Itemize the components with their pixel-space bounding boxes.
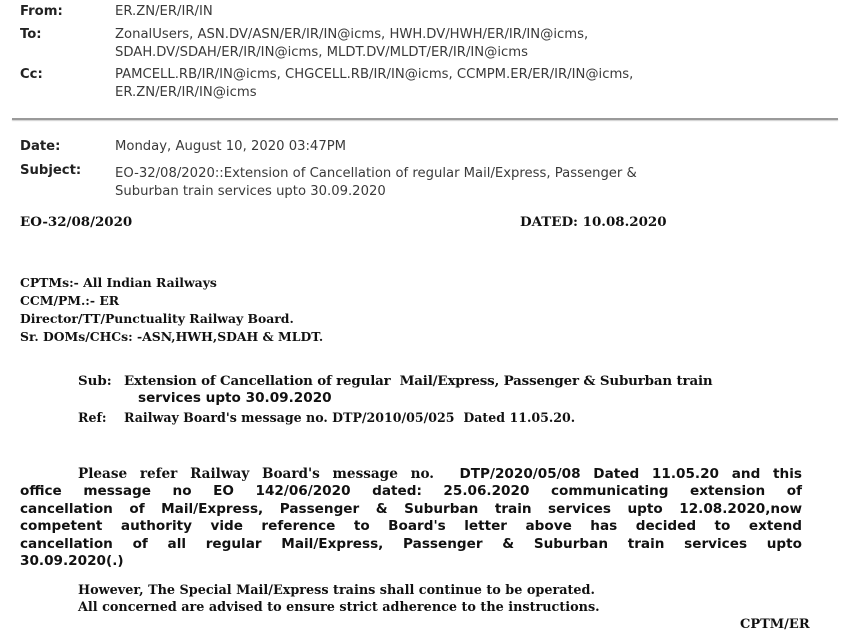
from-value[interactable]: ER.ZN/ER/IR/IN [115, 3, 213, 20]
sub-label: Sub: [78, 373, 112, 389]
addressee-item: Sr. DOMs/CHCs: -ASN,HWH,SDAH & MLDT. [20, 328, 323, 346]
adherence-note: All concerned are advised to ensure stri… [78, 600, 600, 615]
ref-label: Ref: [78, 410, 107, 425]
ref-value: Railway Board's message no. DTP/2010/05/… [124, 410, 575, 425]
subject-label: Subject: [20, 162, 81, 179]
body-line-3: cancellation of Mail/Express, Passenger … [20, 501, 802, 518]
addressee-item: Director/TT/Punctuality Railway Board. [20, 310, 294, 328]
header-divider [12, 118, 838, 120]
to-value-line-1[interactable]: ZonalUsers, ASN.DV/ASN/ER/IR/IN@icms, HW… [115, 26, 588, 43]
signature: CPTM/ER [740, 617, 810, 632]
body-line-2: office message no EO 142/06/2020 dated: … [20, 483, 802, 500]
order-number: EO-32/08/2020 [20, 214, 132, 230]
body-line-6: 30.09.2020(.) [20, 553, 802, 570]
date-value: Monday, August 10, 2020 03:47PM [115, 138, 346, 155]
sub-line-2: services upto 30.09.2020 [138, 390, 332, 406]
subject-line-2: Suburban train services upto 30.09.2020 [115, 183, 386, 200]
body-line-1: Please refer Railway Board's message no.… [20, 466, 802, 483]
sub-line-1: Extension of Cancellation of regular Mai… [124, 373, 713, 389]
from-label: From: [20, 3, 63, 20]
body-line-5: cancellation of all regular Mail/Express… [20, 536, 802, 553]
special-trains-note: However, The Special Mail/Express trains… [78, 583, 595, 598]
addressee-item: CCM/PM.:- ER [20, 292, 119, 310]
cc-value-line-1[interactable]: PAMCELL.RB/IR/IN@icms, CHGCELL.RB/IR/IN@… [115, 66, 633, 83]
body-line-4: competent authority vide reference to Bo… [20, 518, 802, 535]
cc-value-line-2[interactable]: ER.ZN/ER/IR/IN@icms [115, 84, 257, 101]
to-value-line-2[interactable]: SDAH.DV/SDAH/ER/IR/IN@icms, MLDT.DV/MLDT… [115, 44, 528, 61]
body-paragraph: Please refer Railway Board's message no.… [20, 466, 802, 570]
cc-label: Cc: [20, 66, 43, 83]
subject-line-1: EO-32/08/2020::Extension of Cancellation… [115, 165, 637, 182]
date-label: Date: [20, 138, 60, 155]
to-label: To: [20, 26, 42, 43]
dated-label: DATED: 10.08.2020 [520, 214, 667, 230]
addressee-item: CPTMs:- All Indian Railways [20, 274, 217, 292]
